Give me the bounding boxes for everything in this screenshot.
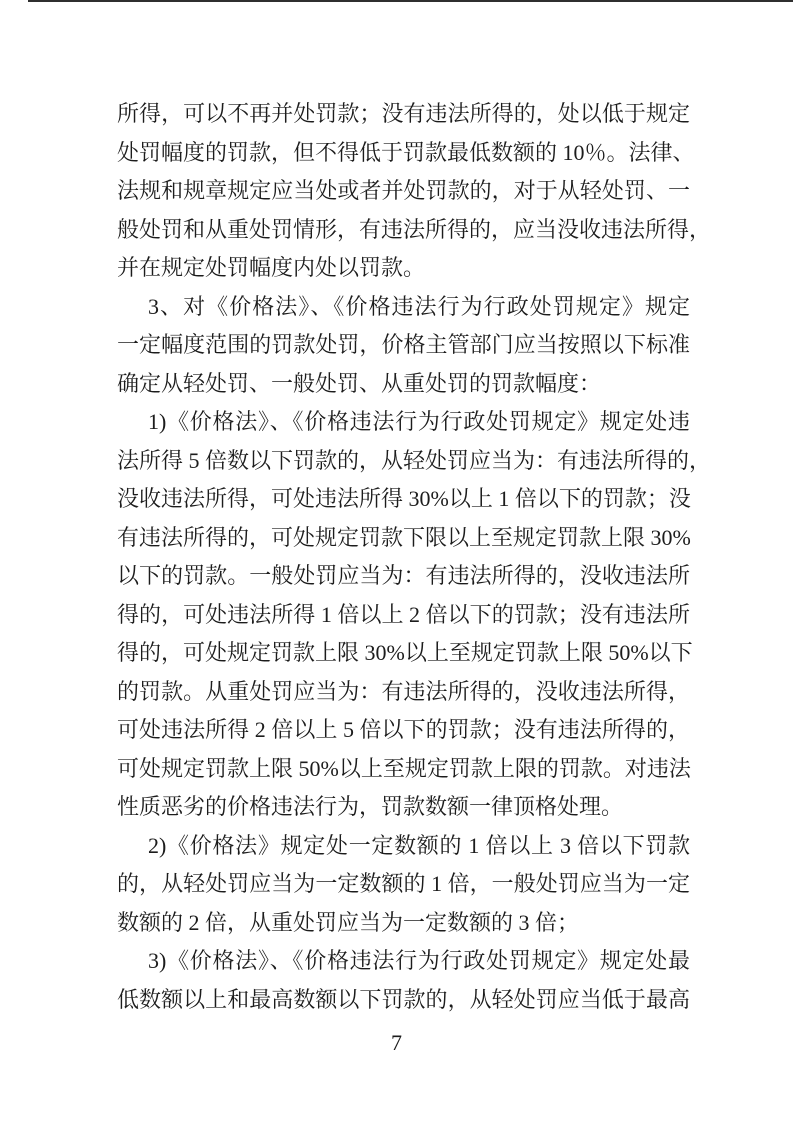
text-line: 3、对《价格法》、《价格违法行为行政处罚规定》规定 (117, 288, 690, 327)
text-line: 性质恶劣的价格违法行为，罚款数额一律顶格处理。 (117, 788, 690, 827)
text-line: 低数额以上和最高数额以下罚款的，从轻处罚应当低于最高 (117, 981, 690, 1020)
text-line: 以下的罚款。一般处罚应当为：有违法所得的，没收违法所 (117, 557, 690, 596)
text-line: 1)《价格法》、《价格违法行为行政处罚规定》规定处违 (117, 403, 690, 442)
text-line: 一定幅度范围的罚款处罚，价格主管部门应当按照以下标准 (117, 326, 690, 365)
text-line: 确定从轻处罚、一般处罚、从重处罚的罚款幅度： (117, 365, 690, 404)
text-line: 法规和规章规定应当处或者并处罚款的，对于从轻处罚、一 (117, 172, 690, 211)
text-line: 可处规定罚款上限 50%以上至规定罚款上限的罚款。对违法 (117, 750, 690, 789)
text-line: 3)《价格法》、《价格违法行为行政处罚规定》规定处最 (117, 942, 690, 981)
text-line: 2)《价格法》规定处一定数额的 1 倍以上 3 倍以下罚款 (117, 827, 690, 866)
text-line: 可处违法所得 2 倍以上 5 倍以下的罚款；没有违法所得的， (117, 711, 690, 750)
text-line: 得的，可处违法所得 1 倍以上 2 倍以下的罚款；没有违法所 (117, 596, 690, 635)
text-line: 没收违法所得，可处违法所得 30%以上 1 倍以下的罚款；没 (117, 480, 690, 519)
page-footer: 7 (0, 1030, 793, 1056)
text-line: 数额的 2 倍，从重处罚应当为一定数额的 3 倍； (117, 904, 690, 943)
text-line: 有违法所得的，可处规定罚款下限以上至规定罚款上限 30% (117, 519, 690, 558)
paragraph: 3、对《价格法》、《价格违法行为行政处罚规定》规定一定幅度范围的罚款处罚，价格主… (117, 288, 690, 404)
text-line: 得的，可处规定罚款上限 30%以上至规定罚款上限 50%以下 (117, 634, 690, 673)
paragraph: 1)《价格法》、《价格违法行为行政处罚规定》规定处违法所得 5 倍数以下罚款的，… (117, 403, 690, 827)
text-line: 法所得 5 倍数以下罚款的，从轻处罚应当为：有违法所得的， (117, 442, 690, 481)
paragraph: 2)《价格法》规定处一定数额的 1 倍以上 3 倍以下罚款的，从轻处罚应当为一定… (117, 827, 690, 943)
text-line: 的罚款。从重处罚应当为：有违法所得的，没收违法所得， (117, 673, 690, 712)
text-line: 的，从轻处罚应当为一定数额的 1 倍，一般处罚应当为一定 (117, 865, 690, 904)
paragraph: 3)《价格法》、《价格违法行为行政处罚规定》规定处最低数额以上和最高数额以下罚款… (117, 942, 690, 1019)
text-line: 处罚幅度的罚款，但不得低于罚款最低数额的 10％。法律、 (117, 134, 690, 173)
scan-artifact-line (28, 0, 793, 2)
document-text-block: 所得，可以不再并处罚款；没有违法所得的，处以低于规定处罚幅度的罚款，但不得低于罚… (117, 95, 690, 1019)
text-line: 所得，可以不再并处罚款；没有违法所得的，处以低于规定 (117, 95, 690, 134)
page-number: 7 (391, 1030, 402, 1055)
text-line: 般处罚和从重处罚情形，有违法所得的，应当没收违法所得， (117, 211, 690, 250)
paragraph: 所得，可以不再并处罚款；没有违法所得的，处以低于规定处罚幅度的罚款，但不得低于罚… (117, 95, 690, 288)
text-line: 并在规定处罚幅度内处以罚款。 (117, 249, 690, 288)
